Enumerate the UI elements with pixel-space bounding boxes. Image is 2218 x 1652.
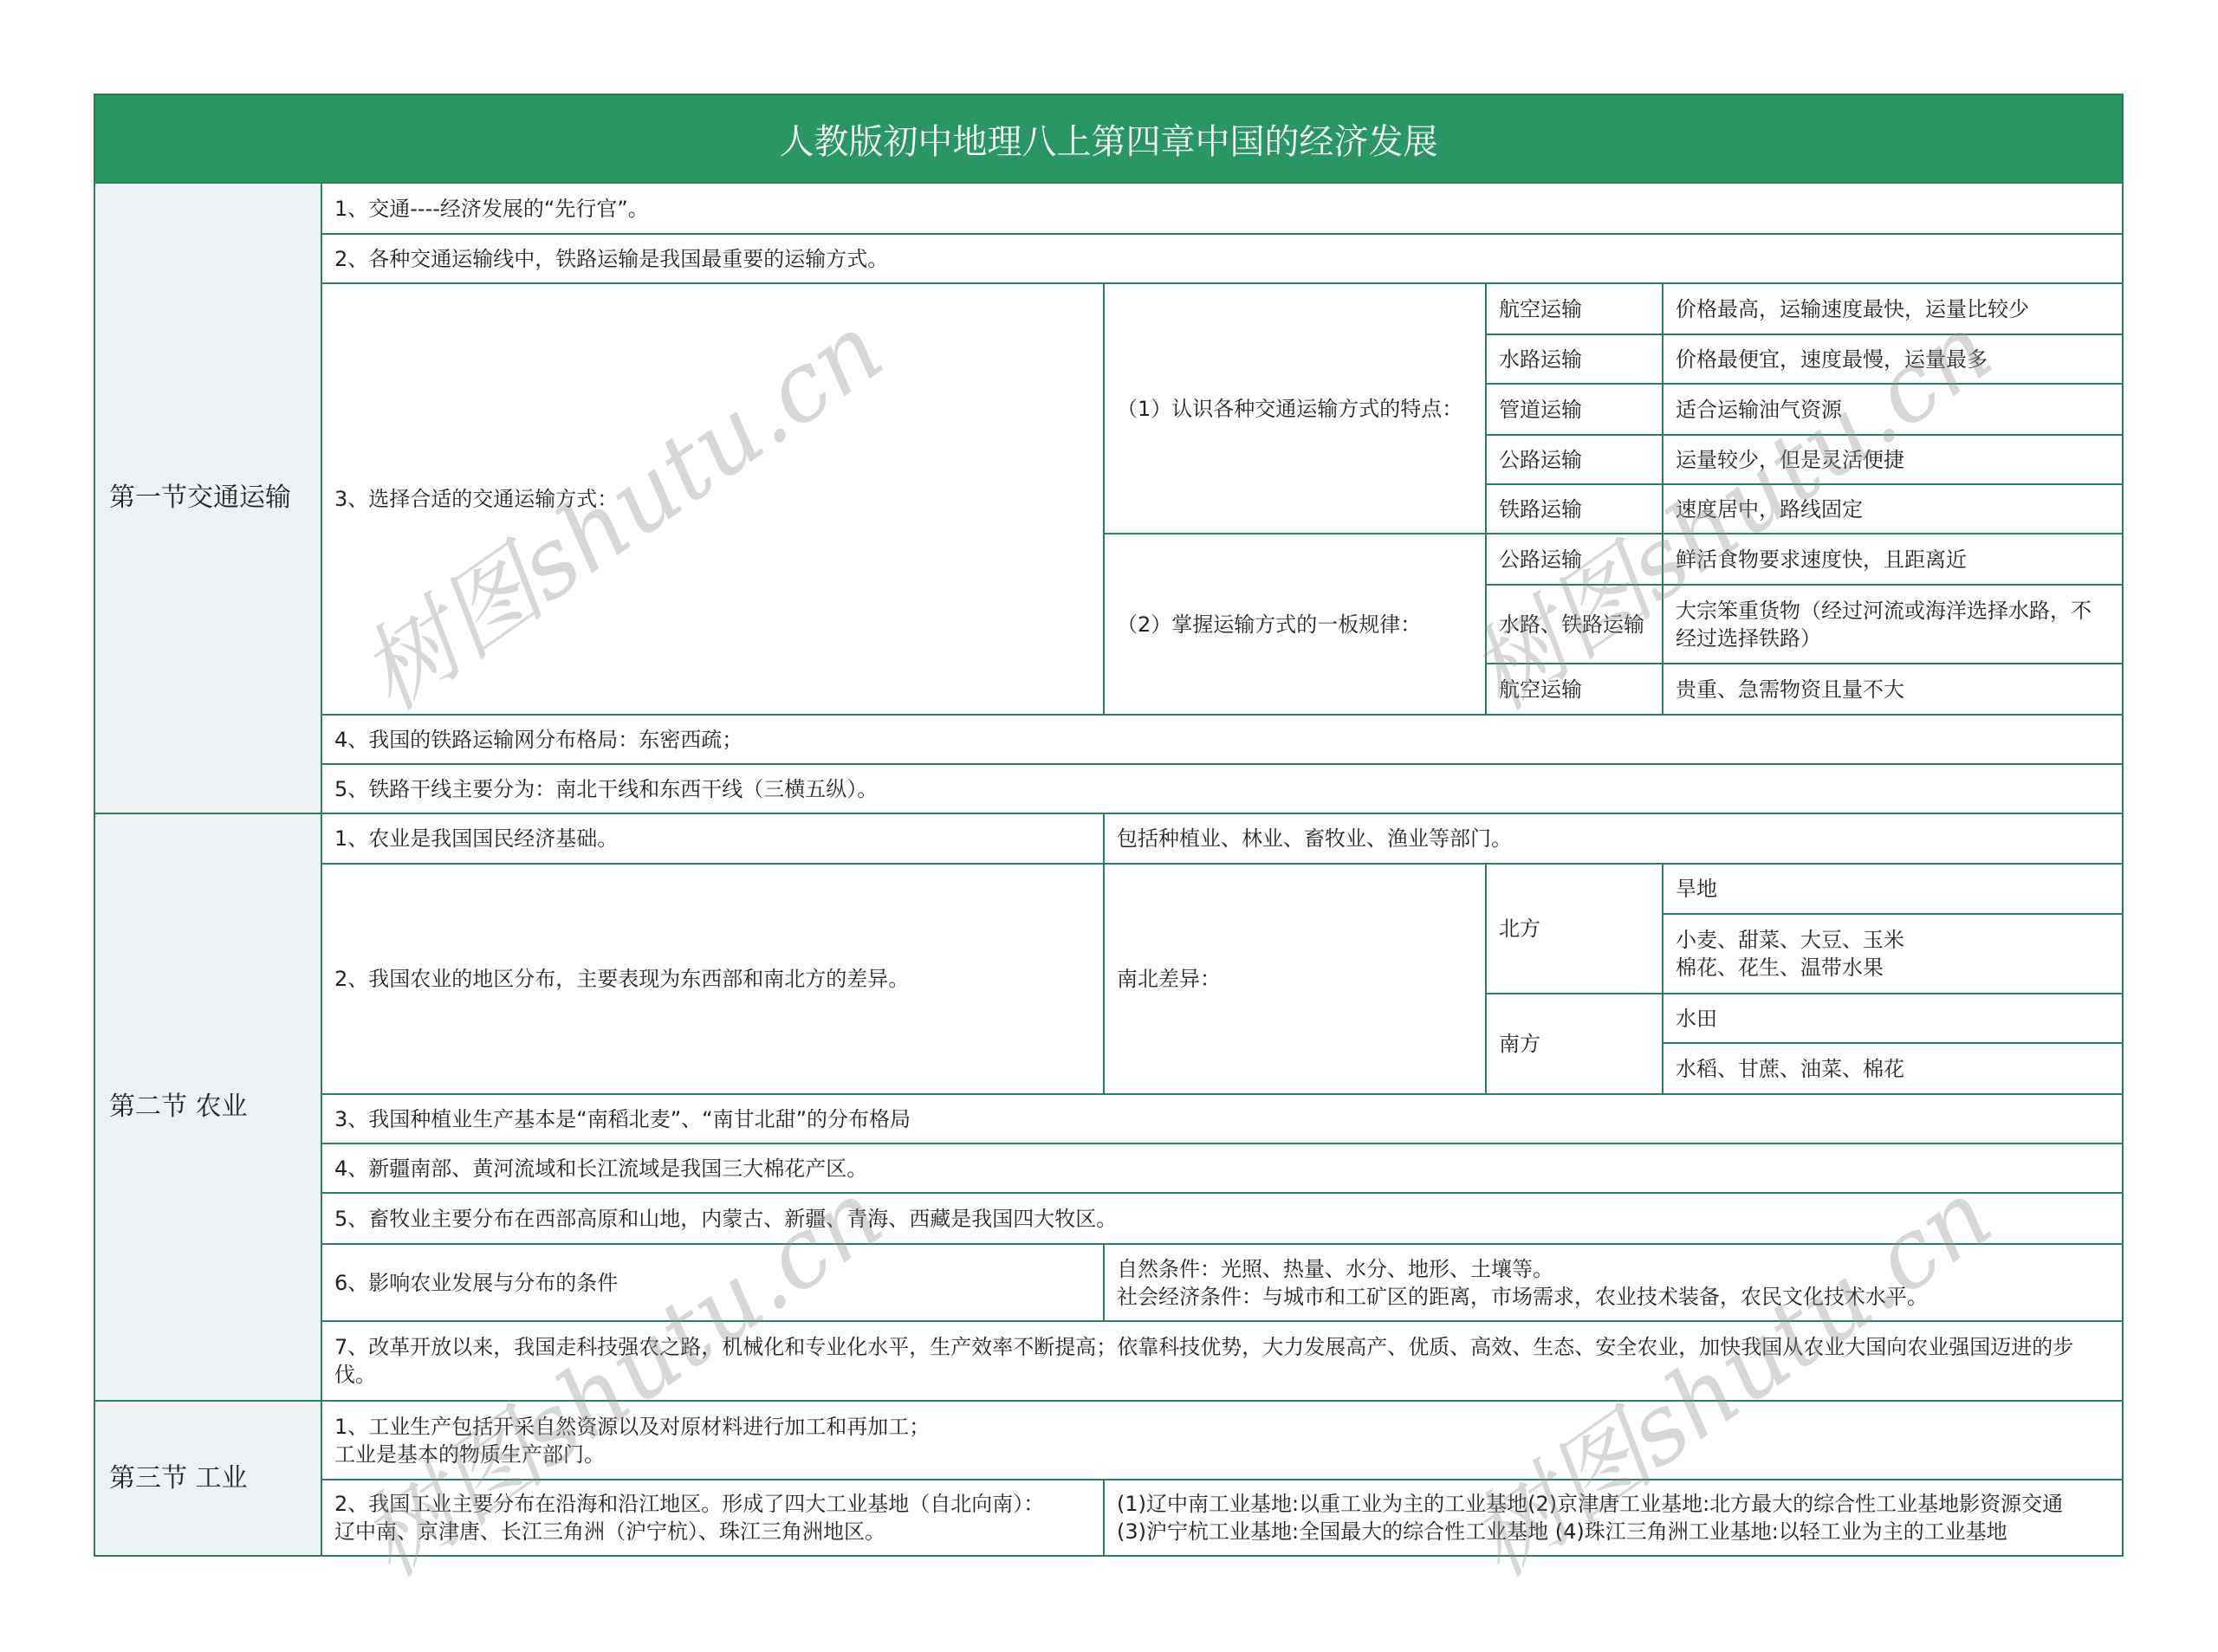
transport-sub2-label: （2）掌握运输方式的一板规律： xyxy=(1103,533,1487,716)
mode-desc-cell: 运量较少，但是灵活便捷 xyxy=(1662,434,2124,485)
mode-cell: 航空运输 xyxy=(1485,663,1663,716)
section-label-industry: 第三节 工业 xyxy=(94,1400,322,1557)
agri-row-1-left: 1、农业是我国国民经济基础。 xyxy=(321,813,1105,865)
mode-desc-cell: 大宗笨重货物（经过河流或海洋选择水路，不经过选择铁路） xyxy=(1662,584,2124,664)
agri-row-6-right: 自然条件：光照、热量、水分、地形、土壤等。 社会经济条件：与城市和工矿区的距离，… xyxy=(1103,1243,2124,1322)
mode-cell: 公路运输 xyxy=(1485,533,1663,586)
industry-row-1: 1、工业生产包括开采自然资源以及对原材料进行加工和再加工； 工业是基本的物质生产… xyxy=(321,1400,2124,1480)
mode-desc-cell: 速度居中，路线固定 xyxy=(1662,483,2124,534)
section-label-agriculture: 第二节 农业 xyxy=(94,813,322,1402)
north-land: 旱地 xyxy=(1662,863,2124,915)
mode-cell: 航空运输 xyxy=(1485,282,1663,335)
agri-row-6-left: 6、影响农业发展与分布的条件 xyxy=(321,1243,1105,1322)
industry-row-2-left: 2、我国工业主要分布在沿海和沿江地区。形成了四大工业基地（自北向南）： 辽中南、… xyxy=(321,1479,1105,1557)
transport-row-3-label: 3、选择合适的交通运输方式： xyxy=(321,282,1105,716)
agri-row-3: 3、我国种植业生产基本是“南稻北麦”、“南甘北甜”的分布格局 xyxy=(321,1093,2124,1144)
transport-row-1: 1、交通----经济发展的“先行官”。 xyxy=(321,182,2124,235)
section-label-transport: 第一节交通运输 xyxy=(94,182,322,814)
mode-desc-cell: 贵重、急需物资且量不大 xyxy=(1662,663,2124,716)
south-land: 水田 xyxy=(1662,993,2124,1044)
mode-cell: 公路运输 xyxy=(1485,434,1663,485)
south-crops: 水稻、甘蔗、油菜、棉花 xyxy=(1662,1042,2124,1095)
region-south: 南方 xyxy=(1485,993,1663,1095)
agri-row-7: 7、改革开放以来，我国走科技强农之路，机械化和专业化水平，生产效率不断提高；依靠… xyxy=(321,1320,2124,1402)
mode-cell: 管道运输 xyxy=(1485,383,1663,436)
agri-row-2-mid: 南北差异： xyxy=(1103,863,1487,1095)
region-north: 北方 xyxy=(1485,863,1663,994)
north-crops: 小麦、甜菜、大豆、玉米 棉花、花生、温带水果 xyxy=(1662,913,2124,994)
transport-sub1-label: （1）认识各种交通运输方式的特点： xyxy=(1103,282,1487,534)
mode-cell: 水路运输 xyxy=(1485,334,1663,385)
page-title: 人教版初中地理八上第四章中国的经济发展 xyxy=(94,94,2124,184)
mode-desc-cell: 价格最便宜，速度最慢，运量最多 xyxy=(1662,334,2124,385)
agri-row-2-left: 2、我国农业的地区分布，主要表现为东西部和南北方的差异。 xyxy=(321,863,1105,1095)
transport-row-2: 2、各种交通运输线中，铁路运输是我国最重要的运输方式。 xyxy=(321,233,2124,284)
industry-row-2-right: (1)辽中南工业基地:以重工业为主的工业基地(2)京津唐工业基地:北方最大的综合… xyxy=(1103,1479,2124,1557)
agri-row-4: 4、新疆南部、黄河流域和长江流域是我国三大棉花产区。 xyxy=(321,1143,2124,1194)
mode-desc-cell: 鲜活食物要求速度快，且距离近 xyxy=(1662,533,2124,586)
mode-desc-cell: 价格最高，运输速度最快，运量比较少 xyxy=(1662,282,2124,335)
mode-cell: 铁路运输 xyxy=(1485,483,1663,534)
mode-cell: 水路、铁路运输 xyxy=(1485,584,1663,664)
mode-desc-cell: 适合运输油气资源 xyxy=(1662,383,2124,436)
agri-row-5: 5、畜牧业主要分布在西部高原和山地，内蒙古、新疆、青海、西藏是我国四大牧区。 xyxy=(321,1192,2124,1245)
transport-row-4: 4、我国的铁路运输网分布格局：东密西疏； xyxy=(321,714,2124,765)
transport-row-5: 5、铁路干线主要分为：南北干线和东西干线（三横五纵）。 xyxy=(321,763,2124,814)
agri-row-1-right: 包括种植业、林业、畜牧业、渔业等部门。 xyxy=(1103,813,2124,865)
